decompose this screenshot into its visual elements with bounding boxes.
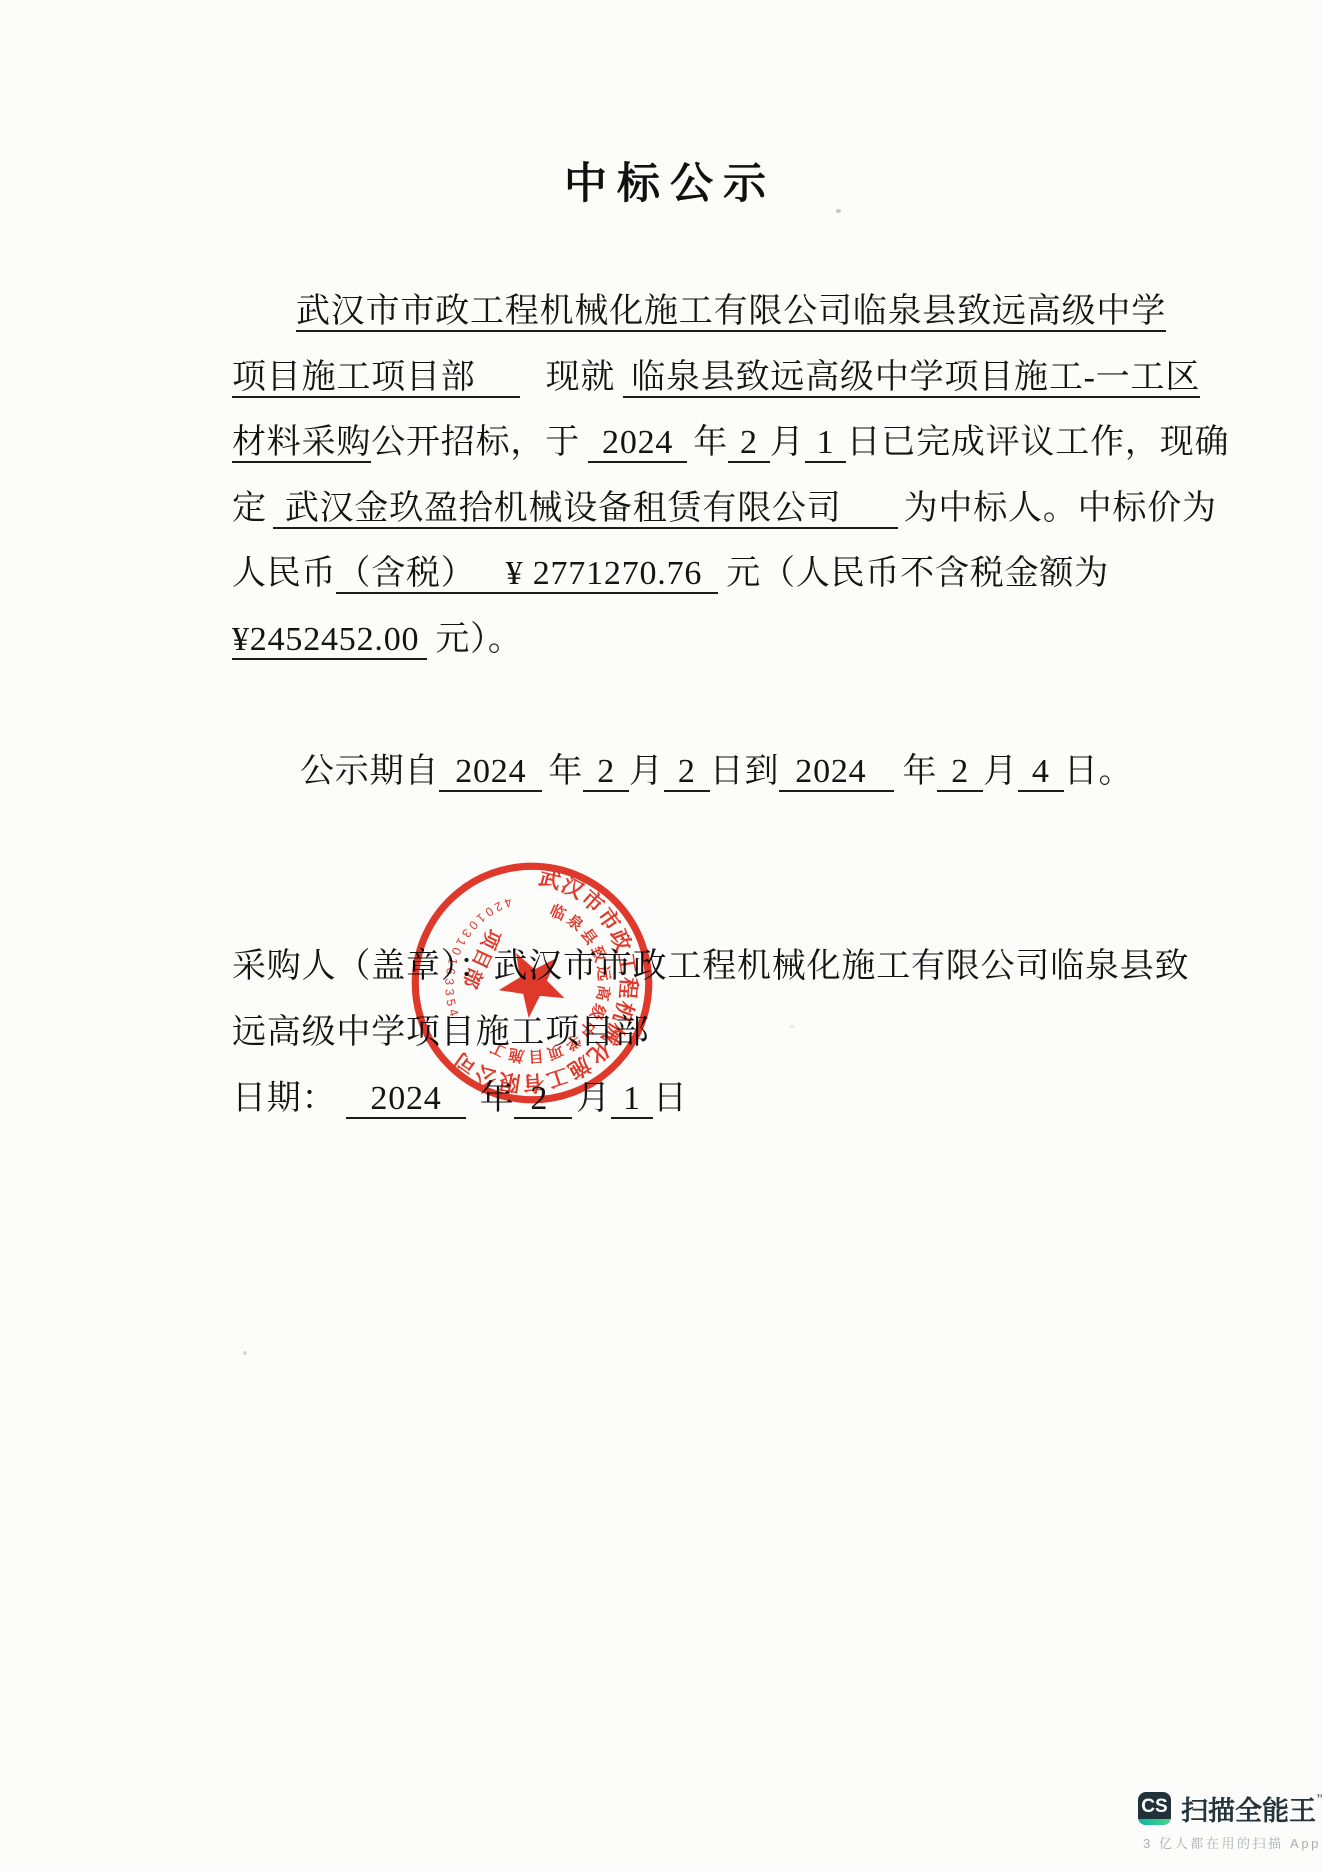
text-segment: 公开招标，于 — [371, 424, 580, 461]
watermark-brand-row: CS 扫描全能王™ — [1138, 1789, 1322, 1828]
price-without-tax-blank: ¥2452452.00 — [232, 621, 427, 660]
page-title: 中标公示 — [0, 150, 1322, 211]
project-name-blank: 临泉县致远高级中学项目施工-一工区 — [623, 359, 1200, 398]
award-price-blank: （含税）¥ 2771270.76 — [336, 555, 718, 594]
text-segment: 日已完成评议工作，现确 — [846, 424, 1229, 461]
text-segment: 人民币 — [232, 555, 336, 592]
date-label: 日期： — [232, 1080, 336, 1117]
official-seal: 武汉市市政工程机械化施工有限公司 临泉县致远高级中学项目施工 420103101… — [404, 855, 660, 1111]
start-year-blank: 2024 — [439, 753, 542, 792]
eval-month-blank: 2 — [728, 424, 770, 463]
text-segment: 年 — [902, 753, 937, 790]
text-line: 人民币（含税）¥ 2771270.76元（人民币不含税金额为 — [232, 541, 1142, 607]
scan-artifact-dot — [790, 1025, 794, 1028]
text-line: 项目施工项目部现就临泉县致远高级中学项目施工-一工区 — [232, 345, 1142, 411]
text-line: 定武汉金玖盈拾机械设备租赁有限公司为中标人。中标价为 — [232, 476, 1142, 542]
paragraph-publicity-period: 公示期自2024年2月2日到2024年2月4日。 — [232, 739, 1142, 805]
purchaser-line-1: 采购人（盖章）：武汉市市政工程机械化施工有限公司临泉县致 — [232, 934, 1142, 1000]
purchaser-line-2: 远高级中学项目施工项目部 — [232, 1000, 1142, 1066]
end-day-blank: 4 — [1018, 753, 1064, 792]
purchaser-name-blank: 武汉市市政工程机械化施工有限公司临泉县致远高级中学 — [296, 293, 1166, 332]
text-segment: 公示期自 — [300, 753, 439, 790]
text-segment: 日。 — [1064, 753, 1134, 790]
end-month-blank: 2 — [937, 753, 983, 792]
start-month-blank: 2 — [583, 753, 629, 792]
scan-artifact-dot — [836, 209, 841, 213]
end-year-blank: 2024 — [779, 753, 894, 792]
scan-artifact-dot — [243, 1351, 247, 1355]
winner-name-blank: 武汉金玖盈拾机械设备租赁有限公司 — [273, 490, 898, 529]
start-day-blank: 2 — [664, 753, 710, 792]
eval-day-blank: 1 — [805, 424, 847, 463]
scanner-watermark: CS 扫描全能王™ 3 亿人都在用的扫描 App — [1138, 1789, 1322, 1852]
text-line: 公示期自2024年2月2日到2024年2月4日。 — [232, 739, 1142, 805]
text-line: ¥2452452.00元）。 — [232, 607, 1142, 673]
scanned-document-page: 中标公示 武汉市市政工程机械化施工有限公司临泉县致远高级中学 项目施工项目部现就… — [0, 0, 1322, 1871]
date-line: 日期：2024年2月1日 — [232, 1066, 1142, 1132]
seal-serial-number: 42010310163354 — [421, 882, 517, 1027]
app-tagline: 3 亿人都在用的扫描 App — [1138, 1833, 1322, 1852]
text-segment: 年 — [693, 424, 728, 461]
paragraph-signature: 采购人（盖章）：武汉市市政工程机械化施工有限公司临泉县致 远高级中学项目施工项目… — [232, 934, 1142, 1132]
project-dept-blank: 项目施工项目部 — [232, 359, 520, 398]
text-segment: 月 — [629, 753, 664, 790]
text-segment: 月 — [983, 753, 1018, 790]
text-segment: 元）。 — [435, 621, 522, 658]
text-segment: 现就 — [546, 359, 616, 396]
text-segment: 元（人民币不含税金额为 — [726, 555, 1109, 592]
text-segment: 为中标人。中标价为 — [904, 490, 1217, 527]
award-price-with-tax: ¥ 2771270.76 — [506, 555, 703, 592]
text-line: 材料采购公开招标，于2024年2月1日已完成评议工作，现确 — [232, 410, 1142, 476]
text-segment: 采购人（盖章）：武汉市市政工程机械化施工有限公司临泉县致 — [232, 948, 1189, 985]
text-segment: 定 — [232, 490, 267, 527]
tax-included-label: （含税） — [336, 555, 475, 592]
app-name: 扫描全能王™ — [1181, 1789, 1322, 1828]
paragraph-award: 武汉市市政工程机械化施工有限公司临泉县致远高级中学 项目施工项目部现就临泉县致远… — [232, 279, 1142, 672]
text-line: 武汉市市政工程机械化施工有限公司临泉县致远高级中学 — [232, 279, 1142, 345]
text-segment: 月 — [770, 424, 805, 461]
app-name-text: 扫描全能王 — [1181, 1796, 1316, 1826]
logo-teal-strip — [1138, 1819, 1171, 1825]
seal-star-icon — [493, 942, 578, 1029]
logo-text: CS — [1141, 1796, 1167, 1818]
camscanner-logo-icon: CS — [1138, 1792, 1171, 1825]
project-name-blank-cont: 材料采购 — [232, 424, 371, 463]
text-segment: 日到 — [710, 753, 780, 790]
trademark-symbol: ™ — [1316, 1793, 1322, 1805]
eval-year-blank: 2024 — [588, 424, 687, 463]
text-segment: 年 — [548, 753, 583, 790]
